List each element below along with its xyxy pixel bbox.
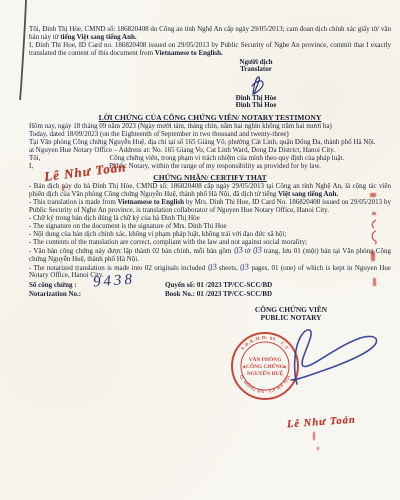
declaration-vi-post: Công chứng viên, trong phạm vi trách nhi…: [109, 154, 344, 162]
b4-en-mid: sheets,: [217, 264, 241, 272]
b1-en-pre: - This translation is made from: [29, 198, 118, 206]
declaration-en-pre: I,: [29, 162, 33, 170]
notarization-number-handwritten: 9438: [93, 276, 135, 287]
red-ink-smudge: [368, 218, 380, 246]
certify-bullet-contents-en: - The contents of the translation are co…: [29, 239, 391, 247]
book-number-en: Book No.: 01 /2023 TP/CC-SCC/BD: [165, 290, 272, 298]
handwritten-sheets-count-vi: 03: [233, 246, 243, 254]
certify-bullet-translator-vi: - Bản dịch này do bà Đinh Thị Hòe, CMND …: [29, 183, 391, 199]
declaration-en-post: Public Notary, within the range of my re…: [109, 162, 321, 170]
red-ink-mark: [313, 432, 315, 440]
b4-vi-mid: tờ: [243, 247, 253, 255]
b1-en-bold: Vietnamese to English: [118, 198, 184, 206]
translator-signature-block: Người dịch Translator Đinh Thị Hòe Đinh …: [221, 59, 291, 110]
notarization-row-en: Notarization No.:Book No.: 01 /2023 TP/C…: [29, 290, 391, 298]
notarization-row-vi: Số công chứng :Quyển số: 01 /2023 TP/CC-…: [29, 281, 391, 289]
certify-bullet-copies-vi: - Văn bản công chứng này được lập thành …: [29, 247, 391, 264]
document-content: Tôi, Đinh Thị Hòe, CMND số: 186820408 do…: [29, 26, 391, 424]
red-ink-smudge: [372, 212, 376, 215]
certify-bullet-copies-en: - The notarized translation is made into…: [29, 264, 391, 281]
b1-vi-bold: Việt sang tiếng Anh.: [278, 190, 338, 198]
red-ink-dot: [317, 447, 319, 450]
scanned-document-page: Tôi, Đinh Thị Hòe, CMND số: 186820408 do…: [0, 0, 400, 500]
red-ink-smudge: [373, 278, 376, 286]
handwritten-pages-count-en: 03: [240, 263, 250, 271]
translator-commitment-en: I, Đinh Thi Hoe, ID Card no. 186820408 i…: [29, 42, 391, 58]
translator-name-en: Đinh Thi Hoe: [221, 102, 291, 110]
certify-bullet-translator-en: - This translation is made from Vietname…: [29, 199, 391, 215]
b4-vi-pre: - Văn bản công chứng này được lập thành …: [29, 247, 234, 255]
translator-label-en: Translator: [221, 66, 291, 74]
handwritten-sheets-count-en: 03: [207, 263, 217, 271]
book-number-vi: Quyển số: 01 /2023 TP/CC-SCC/BD: [165, 281, 272, 289]
red-ink-smudge: [370, 193, 376, 197]
notary-testimony-heading: LỜI CHỨNG CỦA CÔNG CHỨNG VIÊN/ NOTARY TE…: [29, 113, 391, 122]
notarization-label-en: Notarization No.:: [29, 290, 165, 298]
handwritten-pages-count-vi: 03: [252, 246, 262, 254]
notary-signature: [251, 322, 396, 394]
notarization-number-block: Số công chứng :Quyển số: 01 /2023 TP/CC-…: [29, 281, 391, 297]
commitment-vi-bold: tiếng Việt sang tiếng Anh.: [60, 33, 136, 41]
public-notary-heading-en: PUBLIC NOTARY: [225, 314, 357, 322]
notary-signature-area: CÔNG CHỨNG VIÊN PUBLIC NOTARY S.Đ.K.H.Đ:…: [29, 304, 391, 424]
declaration-vi-pre: Tôi,: [29, 154, 40, 162]
translator-commitment-vi: Tôi, Đinh Thị Hòe, CMND số: 186820408 do…: [29, 26, 391, 42]
b4-en-pre: - The notarized translation is made into…: [29, 264, 208, 272]
commitment-en-bold: Vietnamese to English.: [155, 49, 223, 57]
red-ink-mark: [62, 186, 64, 191]
red-ink-smudge: [371, 251, 375, 261]
